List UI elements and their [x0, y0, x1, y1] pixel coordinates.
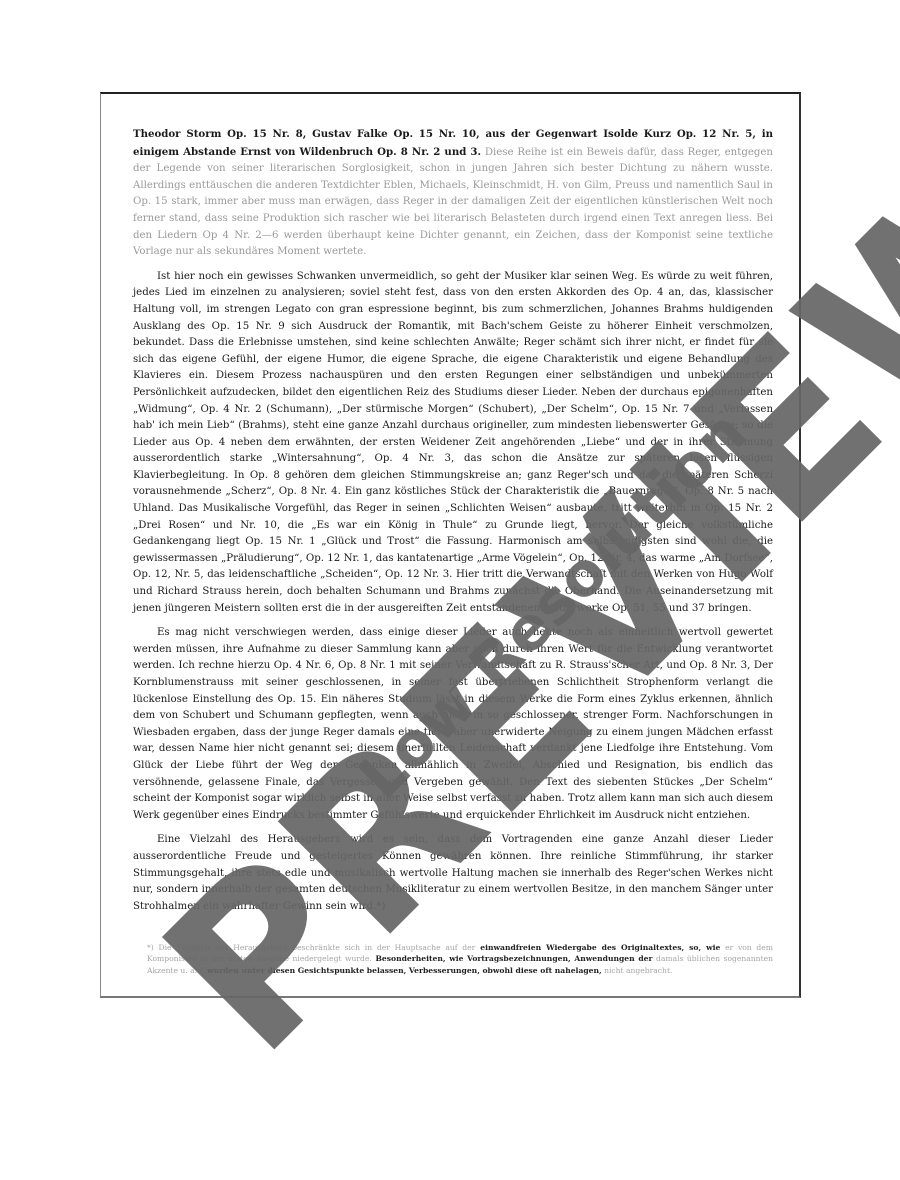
document-body: Theodor Storm Op. 15 Nr. 8, Gustav Falke…: [133, 126, 773, 923]
footnote-part-2: einwandfreien Wiedergabe des Originaltex…: [475, 943, 720, 952]
paragraph-1: Theodor Storm Op. 15 Nr. 8, Gustav Falke…: [133, 126, 773, 261]
paragraph-3: Es mag nicht verschwiegen werden, dass e…: [133, 625, 773, 824]
footnote: *) Die Tätigkeit des Herausgebers beschr…: [147, 942, 773, 976]
footnote-part-4: Besonderheiten, wie Vortragsbezeichnunge…: [372, 954, 653, 963]
document-page: Theodor Storm Op. 15 Nr. 8, Gustav Falke…: [100, 92, 801, 998]
footnote-part-7: nicht angebracht.: [602, 966, 673, 975]
paragraph-2: Ist hier noch ein gewisses Schwanken unv…: [133, 269, 773, 617]
footnote-part-6: wurden unter diesen Gesichtspunkte belas…: [204, 966, 601, 975]
paragraph-4: Eine Vielzahl des Herausgebers wird es s…: [133, 832, 773, 915]
paragraph-1-rest: Diese Reihe ist ein Beweis dafür, dass R…: [133, 147, 773, 258]
footnote-part-1: *) Die Tätigkeit des Herausgebers beschr…: [147, 943, 475, 952]
